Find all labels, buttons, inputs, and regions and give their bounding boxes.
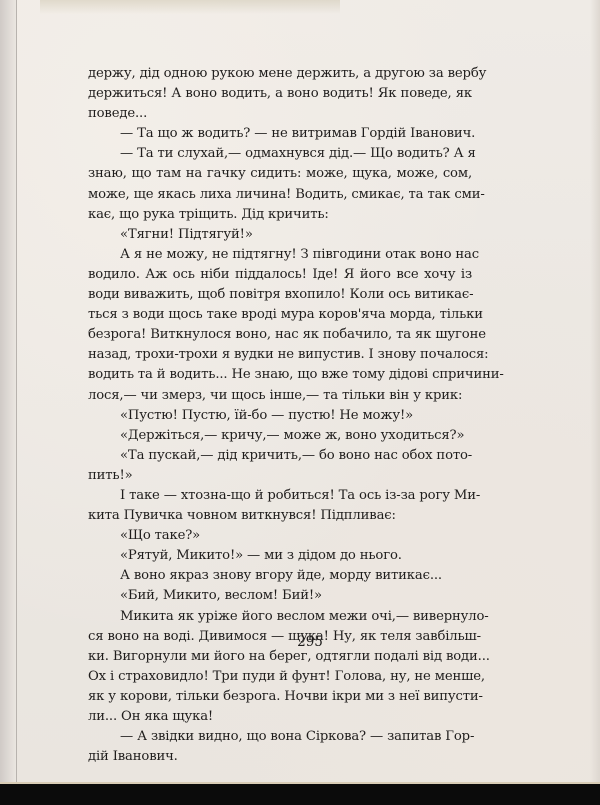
text-line: знаю, що там на гачку сидить: може, щука…	[88, 164, 472, 184]
text-line: може, ще якась лиха личина! Водить, смик…	[88, 185, 472, 205]
text-line: кає, що рука тріщить. Дід кричить:	[88, 205, 472, 225]
text-line: — Та що ж водить? — не витримав Гордій І…	[88, 124, 472, 144]
page-right-edge	[590, 0, 600, 782]
text-line: водить та й водить... Не знаю, що вже то…	[88, 365, 472, 385]
text-line: А я не можу, не підтягну! З півгодини от…	[88, 245, 472, 265]
book-page: держу, дід одною рукою мене держить, а д…	[0, 0, 600, 784]
text-line: лося,— чи змерз, чи щось інше,— та тільк…	[88, 386, 472, 406]
text-line: пить!»	[88, 466, 472, 486]
page-number: 295	[0, 634, 600, 650]
text-line: «Держіться,— кричу,— може ж, воно уходит…	[88, 426, 472, 446]
text-line: поведе...	[88, 104, 472, 124]
text-line: Микита як уріже його веслом межи очі,— в…	[88, 607, 472, 627]
paper-stain	[40, 0, 340, 14]
text-line: А воно якраз знову вгору йде, морду вити…	[88, 566, 472, 586]
text-line: «Пустю! Пустю, їй-бо — пустю! Не можу!»	[88, 406, 472, 426]
text-line: держиться! А воно водить, а воно водить!…	[88, 84, 472, 104]
text-line: «Та пускай,— дід кричить,— бо воно нас о…	[88, 446, 472, 466]
text-line: І таке — хтозна-що й робиться! Та ось із…	[88, 486, 472, 506]
text-line: дій Іванович.	[88, 747, 472, 767]
text-line: як у корови, тільки безрога. Ночви ікри …	[88, 687, 472, 707]
text-line: кита Пувичка човном виткнувся! Підпливає…	[88, 506, 472, 526]
text-line: назад, трохи-трохи я вудки не випустив. …	[88, 345, 472, 365]
text-line: води виважить, щоб повітря вхопило! Коли…	[88, 285, 472, 305]
text-line: безрога! Виткнулося воно, нас як побачил…	[88, 325, 472, 345]
text-line: ться з води щось таке вроді мура коров'я…	[88, 305, 472, 325]
text-line: — А звідки видно, що вона Сіркова? — зап…	[88, 727, 472, 747]
text-line: «Рятуй, Микито!» — ми з дідом до нього.	[88, 546, 472, 566]
page-binding-edge	[0, 0, 17, 782]
text-line: держу, дід одною рукою мене держить, а д…	[88, 64, 472, 84]
text-line: «Бий, Микито, веслом! Бий!»	[88, 586, 472, 606]
text-line: — Та ти слухай,— одмахнувся дід.— Що вод…	[88, 144, 472, 164]
text-line: ли... Он яка щука!	[88, 707, 472, 727]
text-line: водило. Аж ось ніби піддалось! Іде! Я йо…	[88, 265, 472, 285]
text-line: «Тягни! Підтягуй!»	[88, 225, 472, 245]
text-line: Ох і страховидло! Три пуди й фунт! Голов…	[88, 667, 472, 687]
body-text: держу, дід одною рукою мене держить, а д…	[88, 64, 472, 767]
text-line: «Що таке?»	[88, 526, 472, 546]
